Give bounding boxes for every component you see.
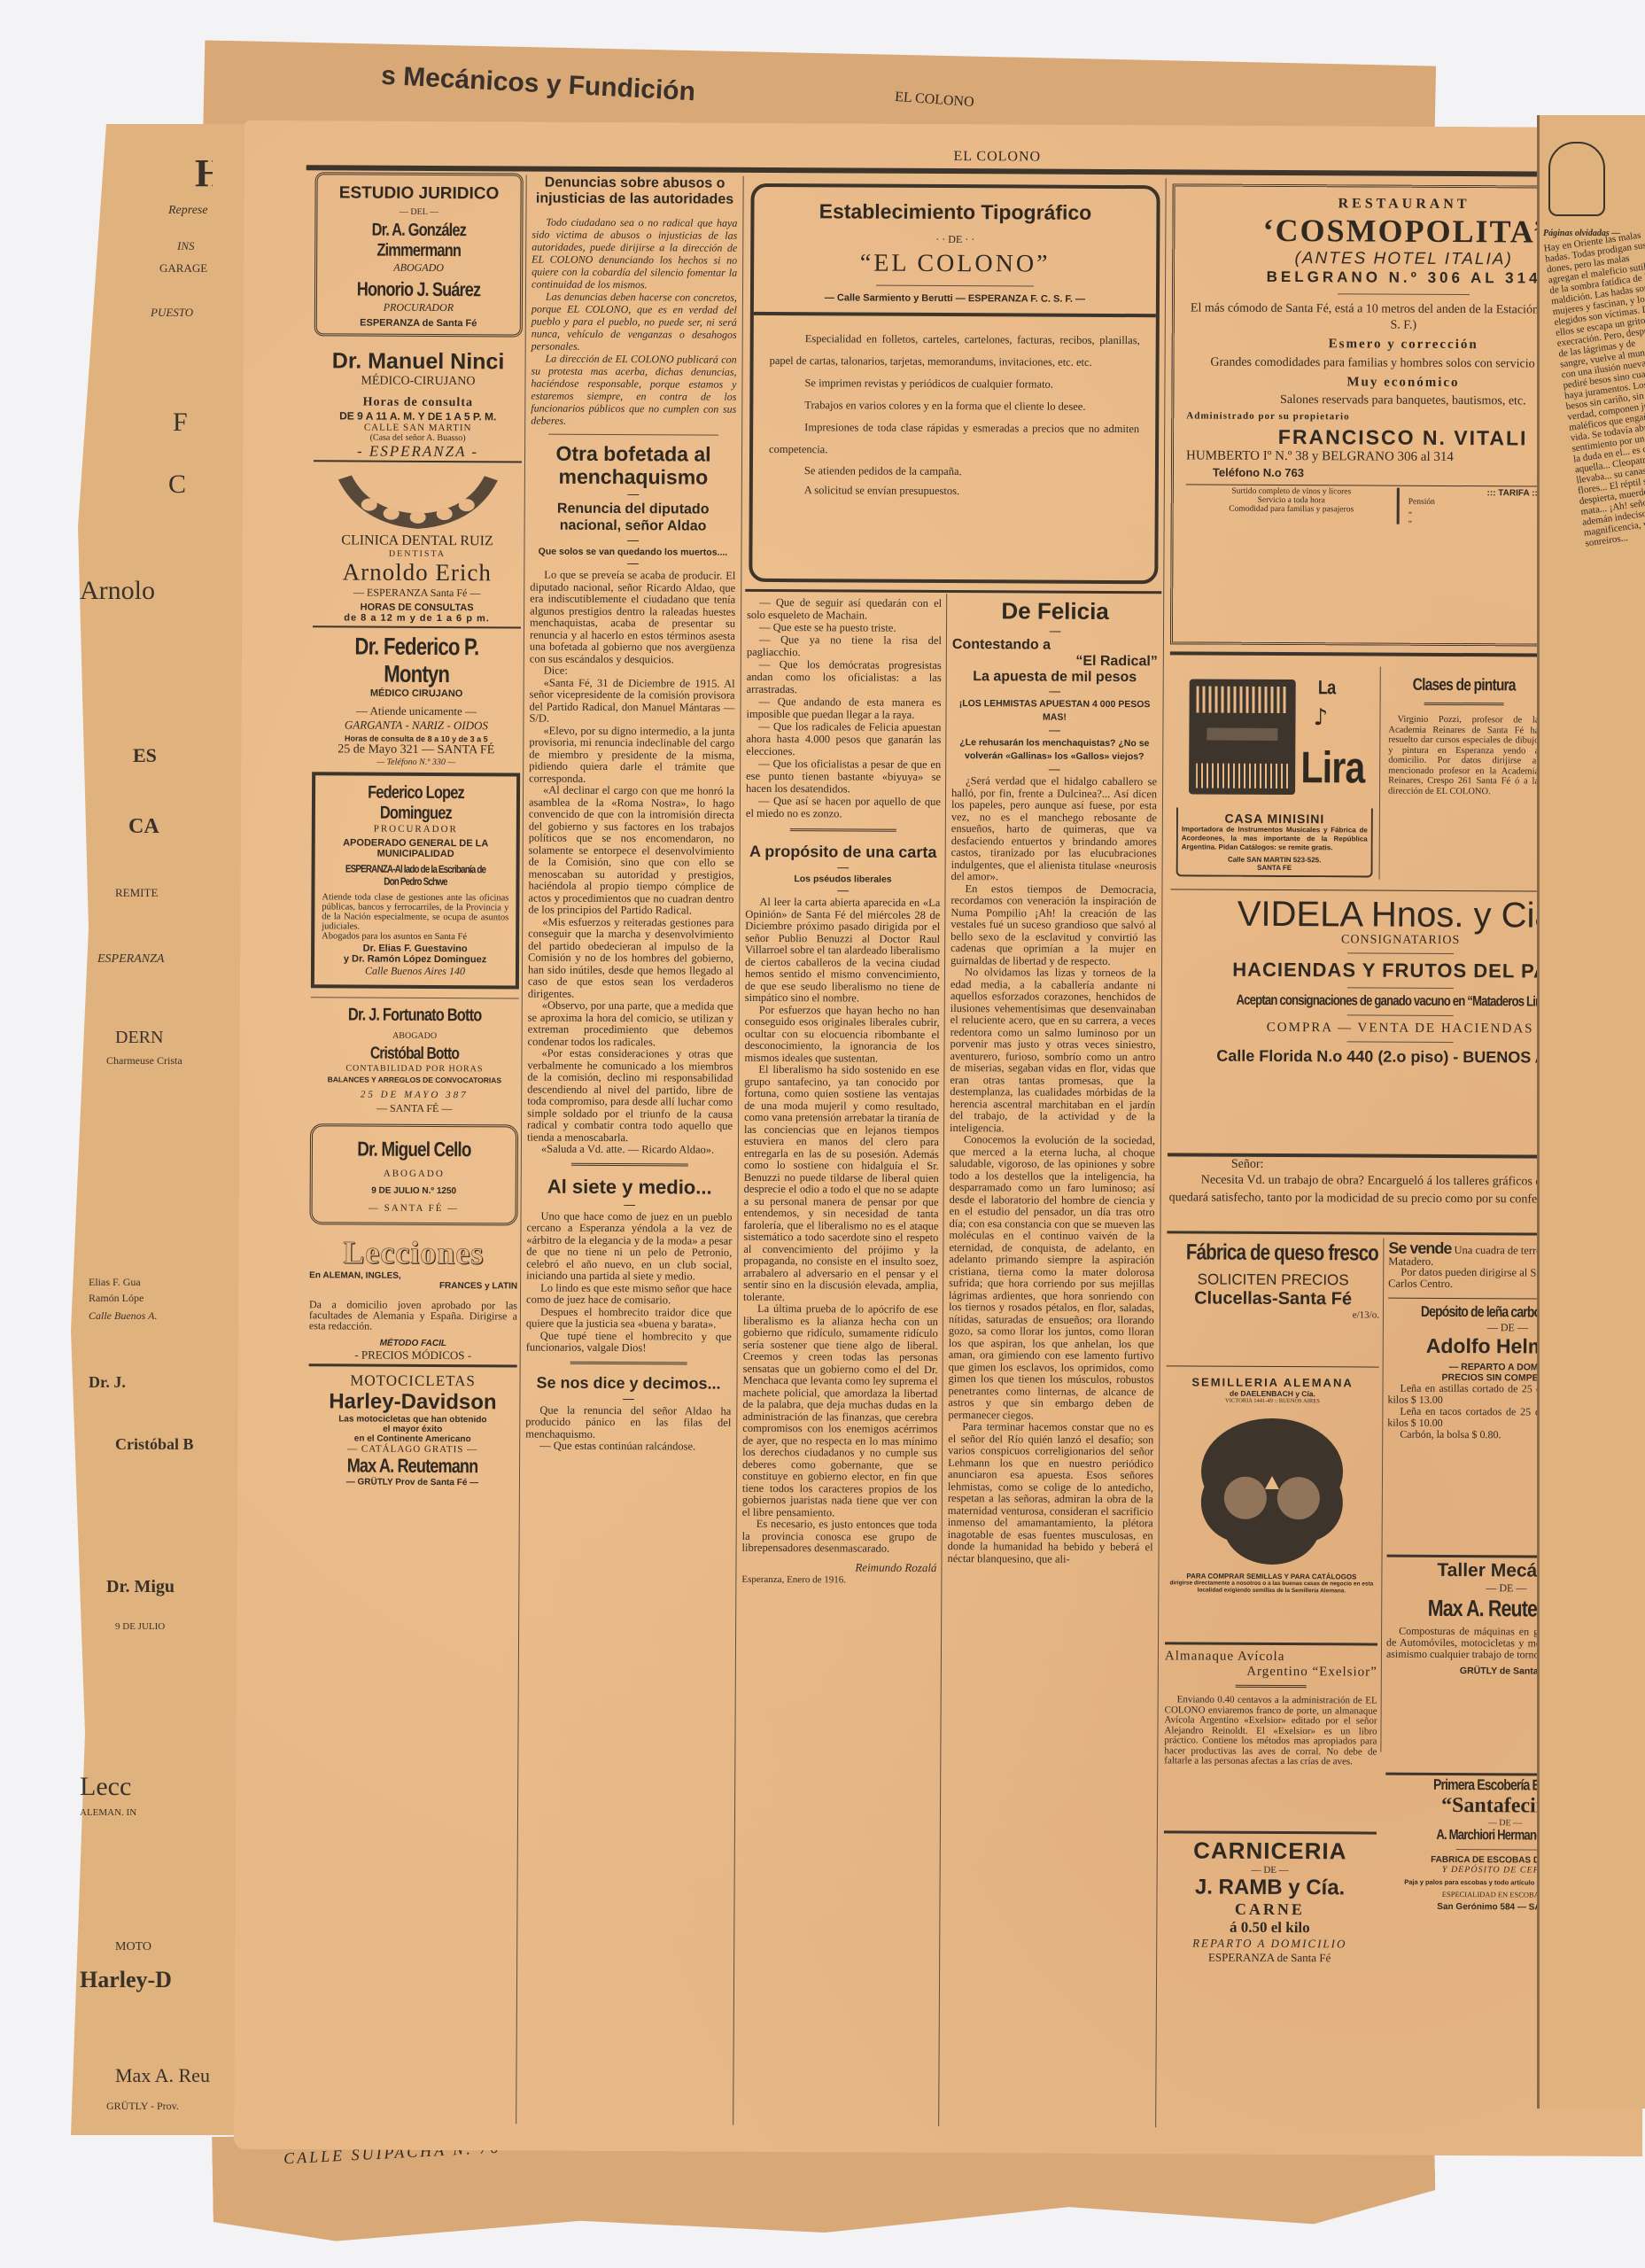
almanaque-title2: Argentino “Exelsior” <box>1165 1664 1377 1680</box>
ninci-role: MÉDICO-CIRUJANO <box>314 374 522 389</box>
siete-p3: Despues el hombrecito traidor dice que q… <box>526 1306 732 1331</box>
estudio-lawyer: Dr. A. González Zimmermann <box>338 220 499 261</box>
list-item: — Que los demócratas progresistas andan … <box>747 658 942 696</box>
tipografico-de: · · DE · · <box>770 232 1140 247</box>
left-edge-fragments: H Represe INS GARAGE PUESTO F C Arnolo E… <box>80 142 213 2126</box>
estudio-del: — DEL — <box>321 206 516 217</box>
carniceria-title: CARNICERIA <box>1164 1837 1377 1865</box>
montyn-name: Dr. Federico P. Montyn <box>331 633 502 688</box>
carta-p4: La última prueba de lo apócrifo de ese l… <box>742 1303 938 1519</box>
montyn-phone: — Teléfono N.º 330 — <box>312 757 520 767</box>
semilleria-title: SEMILLERIA ALEMANA <box>1167 1375 1379 1389</box>
almanaque-title1: Almanaque Avícola <box>1165 1649 1377 1665</box>
ad-cello: Dr. Miguel Cello ABOGADO 9 DE JULIO N.º … <box>309 1123 518 1225</box>
montyn-specialty: GARGANTA - NARIZ - OIDOS <box>312 718 520 733</box>
montyn-role: MÉDICO CIRUJANO <box>313 687 521 699</box>
separator <box>570 1361 687 1367</box>
list-item: — Que ya no tiene la risa del pagliacchi… <box>747 633 942 659</box>
separator <box>1165 1642 1377 1645</box>
right-next-page: Páginas olvidadas — Hay en Oriente las m… <box>1537 115 1645 2109</box>
carta-signature: Reimundo Rozalá <box>741 1559 936 1574</box>
lira-brand: Lira <box>1300 742 1352 793</box>
felicia-p1: ¿Será verdad que el hidalgo caballero se… <box>951 775 1158 884</box>
col2: Denuncias sobre abusos o injusticias de … <box>525 175 738 1454</box>
lira-body: Importadora de Instrumentos Musicales y … <box>1182 825 1368 852</box>
list-item: — Que este se ha puesto triste. <box>747 621 942 634</box>
cello-role: ABOGADO <box>320 1168 508 1179</box>
ad-almanaque-avicola: Almanaque Avícola Argentino “Exelsior” E… <box>1164 1649 1377 1767</box>
harley-kicker: MOTOCICLETAS <box>309 1371 517 1390</box>
carta-p3: El liberalismo ha sido sostenido en ese … <box>743 1064 939 1304</box>
col1: ESTUDIO JURIDICO — DEL — Dr. A. González… <box>308 172 524 1487</box>
pintura-body: Virginio Pozzi, profesor de la Academia … <box>1388 715 1539 797</box>
accordion-illustration <box>1189 679 1296 795</box>
ad-la-lira: La ♪ Lira CASA MINISINI Importadora de I… <box>1171 661 1371 883</box>
harley-place: — GRÜTLY Prov de Santa Fé — <box>308 1477 516 1487</box>
queso-line1: SOLICITEN PRECIOS <box>1167 1270 1379 1289</box>
botto-role: ABOGADO <box>311 1030 519 1041</box>
tipografico-address: — Calle Sarmiento y Berutti — ESPERANZA … <box>770 292 1140 305</box>
carniceria-product: CARNE <box>1163 1899 1376 1919</box>
queso-line2: Clucellas-Santa Fé <box>1167 1288 1379 1309</box>
felicia-headline: De Felicia <box>952 597 1158 625</box>
carta-p1: Al leer la carta abierta aparecida en «L… <box>745 897 941 1006</box>
siete-p1: Uno que hace como de juez en un pueblo c… <box>526 1210 732 1283</box>
cosmopolita-phone: Teléfono N.o 763 <box>1213 466 1304 480</box>
felicia-p2: En estos tiempos de Democracia, recordam… <box>951 883 1156 968</box>
bofetada-p3: «Santa Fé, 31 de Diciembre de 1915. Al s… <box>529 677 734 726</box>
ad-semilleria-alemana: SEMILLERIA ALEMANA de DAELENBACH y Cía. … <box>1165 1365 1378 1595</box>
list-item: — Que los oficialistas a pesar de que en… <box>746 757 941 796</box>
list-item: — Que los radicales de Felicia apuestan … <box>746 720 941 758</box>
ad-clases-pintura: Clases de pintura Virginio Pozzi, profes… <box>1388 676 1540 797</box>
ad-harley-davidson: MOTOCICLETAS Harley-Davidson Las motocic… <box>308 1371 517 1487</box>
felicia-p5: Para terminar hacemos constar que no es … <box>947 1421 1153 1565</box>
tipografico-p2: Se imprimen revistas y periódicos de cua… <box>769 372 1139 396</box>
lopez-lawyer1: Dr. Elias F. Guestavino <box>322 943 508 954</box>
bofetada-p7: «Observo, por una parte, que a medida qu… <box>528 1000 733 1049</box>
tipografico-title: Establecimiento Tipográfico <box>770 199 1140 225</box>
tipografico-name: “EL COLONO” <box>770 249 1140 279</box>
separator <box>1164 1830 1377 1834</box>
bofetada-p1: Lo que se preveía se acaba de producir. … <box>530 570 736 666</box>
separator <box>548 434 718 436</box>
dental-hours: de 8 a 12 m y de 1 a 6 p m. <box>313 612 521 628</box>
ad-lopez-dominguez: Federico Lopez Dominguez PROCURADOR APOD… <box>311 772 520 989</box>
tipografico-p5: Se atienden pedidos de la campaña. <box>769 461 1139 482</box>
lopez-role: PROCURADOR <box>322 823 509 835</box>
tipografico-p3: Trabajos en varios colores y en la forma… <box>769 394 1139 418</box>
list-item: — Que de seguir así quedarán con el solo… <box>747 596 942 622</box>
page-masthead: EL COLONO <box>865 149 1130 167</box>
ad-carniceria: CARNICERIA — DE — J. RAMB y Cía. CARNE á… <box>1163 1837 1377 1965</box>
lecciones-body: Da a domicilio joven aprobado por las fa… <box>309 1299 517 1332</box>
article-siete-y-medio: Al siete y medio... — Uno que hace como … <box>526 1175 733 1355</box>
carta-p5: Es necesario, es justo entonces que toda… <box>742 1518 937 1556</box>
lopez-name: Federico Lopez Dominguez <box>339 782 493 824</box>
carniceria-name: J. RAMB y Cía. <box>1164 1875 1377 1900</box>
newspaper-page: EL COLONO ESTUDIO JURIDICO — DEL — Dr. A… <box>234 120 1645 2156</box>
siete-p2: Lo lindo es que este mismo señor que hac… <box>526 1282 732 1307</box>
bofetada-p8: «Por estas consideraciones y otras que v… <box>527 1048 733 1145</box>
harley-dealer: Max A. Reutemann <box>327 1454 498 1478</box>
lopez-location: ESPERANZA-Al lado de la Escribanía de Do… <box>338 862 492 888</box>
felicia-sub3: La apuesta de mil pesos <box>952 669 1158 686</box>
estudio-title: ESTUDIO JURIDICO <box>322 183 517 204</box>
separator <box>571 1162 688 1169</box>
cello-name: Dr. Miguel Cello <box>337 1137 492 1161</box>
felicia-p3: No olvidamos las lizas y torneos de la e… <box>950 967 1156 1135</box>
teeth-icon <box>333 470 501 533</box>
lopez-body: Atiende toda clase de gestiones ante las… <box>322 892 508 932</box>
list-item: — Que así se hacen por aquello de que el… <box>746 795 941 820</box>
felicia-kicker2: ¿Le rehusarán los menchaquistas? ¿No se … <box>951 736 1157 764</box>
siete-p4: Que tupé tiene el hombrecito y que funci… <box>526 1330 732 1355</box>
cello-city: — SANTA FÉ — <box>320 1202 508 1214</box>
carta-p2: Por esfuerzos que hayan hecho no han con… <box>744 1004 939 1065</box>
lira-brand-top: La <box>1305 676 1348 699</box>
cello-address: 9 DE JULIO N.º 1250 <box>320 1185 508 1196</box>
ad-dental: CLINICA DENTAL RUIZ DENTISTA Arnoldo Eri… <box>313 532 522 628</box>
col4: De Felicia — Contestando a “El Radical” … <box>947 597 1158 1565</box>
bofetada-p9: «Saluda a Vd. atte. — Ricardo Aldao». <box>527 1144 733 1157</box>
carniceria-delivery: REPARTO A DOMICILIO <box>1163 1936 1376 1951</box>
carta-headline: A propósito de una carta <box>746 843 941 862</box>
semilleria-body: dirigirse directamente a nosotros o a la… <box>1165 1580 1377 1595</box>
lecciones-title: Lecciones <box>309 1233 517 1271</box>
lecciones-prices: - PRECIOS MÓDICOS - <box>309 1348 517 1367</box>
felicia-sub2: “El Radical” <box>952 653 1158 670</box>
woman-portrait-illustration <box>1548 142 1605 216</box>
denuncias-p2: Las denuncias deben hacerse con concreto… <box>532 291 737 353</box>
bofetada-p4: «Elevo, por su digno intermedio, a la ju… <box>529 725 734 786</box>
dental-clinic: CLINICA DENTAL RUIZ <box>313 532 521 549</box>
felicia-p4: Conocemos la evolución de la sociedad, q… <box>948 1134 1155 1422</box>
lira-city: SANTA FE <box>1182 863 1368 872</box>
senos-p2: — Que estas continúan ralcándose. <box>525 1441 731 1454</box>
denuncias-p3: La dirección de EL COLONO publicará con … <box>531 353 736 428</box>
queso-code: e/13/o. <box>1167 1309 1379 1320</box>
botto-service2: BALANCES Y ARREGLOS DE CONVOCATORIAS <box>310 1075 518 1084</box>
ad-botto: Dr. J. Fortunato Botto ABOGADO Cristóbal… <box>310 997 519 1115</box>
ninci-hours-label: Horas de consulta <box>314 395 522 410</box>
bofetada-headline: Otra bofetada al menchaquismo <box>531 442 736 489</box>
senos-headline: Se nos dice y decimos... <box>525 1373 731 1393</box>
carniceria-price: á 0.50 el kilo <box>1163 1918 1376 1937</box>
ad-estudio-juridico: ESTUDIO JURIDICO — DEL — Dr. A. González… <box>314 172 524 337</box>
separator <box>745 589 1161 594</box>
right-edge-body: Hay en Oriente las malas hadas. Todas pr… <box>1543 229 1645 548</box>
lyre-icon: ♪ <box>1313 704 1328 731</box>
felicia-sub1: Contestando a <box>952 637 1158 654</box>
bofetada-subhead: Renuncia del diputado nacional, señor Al… <box>531 501 736 535</box>
botto-name: Dr. J. Fortunato Botto <box>330 1005 500 1026</box>
queso-title: Fábrica de queso fresco <box>1186 1239 1361 1266</box>
estudio-place: ESPERANZA de Santa Fé <box>321 317 516 329</box>
botto-service: CONTABILIDAD POR HORAS <box>310 1063 518 1074</box>
ad-fabrica-queso: Fábrica de queso fresco SOLICITEN PRECIO… <box>1167 1239 1379 1320</box>
article-de-felicia: De Felicia — Contestando a “El Radical” … <box>947 597 1158 1565</box>
ad-establecimiento-tipografico: Establecimiento Tipográfico · · DE · · “… <box>749 183 1160 584</box>
tipografico-p1: Especialidad en folletos, carteles, cart… <box>770 328 1140 374</box>
article-denuncias: Denuncias sobre abusos o injusticias de … <box>531 175 737 428</box>
dental-place: — ESPERANZA Santa Fé — <box>313 586 521 600</box>
botto-city: — SANTA FÉ — <box>310 1101 518 1115</box>
bofetada-p6: «Mis esfuerzos y reiteradas gestiones pa… <box>528 916 733 1001</box>
almanaque-body: Enviando 0.40 centavos a la administraci… <box>1164 1695 1377 1767</box>
lopez-address: Calle Buenos Aires 140 <box>322 964 508 978</box>
article-proposito-carta: A propósito de una carta — Los pséudos l… <box>741 843 940 1586</box>
col3: — Que de seguir así quedarán con el solo… <box>741 596 942 1586</box>
semilleria-address: VICTORIA 1441-49 :: BUENOS AIRES <box>1166 1397 1378 1404</box>
videla-line2: Aceptan consignaciones de ganado vacuno … <box>1212 993 1589 1011</box>
separator <box>790 828 896 835</box>
tipografico-p4: Impresiones de toda clase rápidas y esme… <box>769 416 1139 462</box>
ad-ninci: Dr. Manuel Ninci MÉDICO-CIRUJANO Horas d… <box>314 348 523 462</box>
estudio-procurador-role: PROCURADOR <box>321 300 516 315</box>
list-que: — Que de seguir así quedarán con el solo… <box>746 596 942 820</box>
lopez-abogados: Abogados para los asuntos en Santa Fé <box>322 931 508 942</box>
harley-line1: Las motocicletas que han obtenido <box>308 1414 516 1425</box>
bofetada-p5: «Al declinar el cargo con que me honró l… <box>528 785 734 918</box>
article-se-nos-dice: Se nos dice y decimos... — Que la renunc… <box>525 1373 731 1453</box>
lecciones-langs1: En ALEMAN, INGLES, <box>309 1270 517 1281</box>
felicia-kicker1: ¡LOS LEHMISTAS APUESTAN 4 000 PESOS MAS! <box>951 697 1157 725</box>
ninci-town: - ESPERANZA - <box>314 442 522 462</box>
ninci-hours: DE 9 A 11 A. M. Y DE 1 A 5 P. M. <box>314 409 522 423</box>
article-bofetada: Otra bofetada al menchaquismo — Renuncia… <box>527 442 736 1157</box>
siete-headline: Al siete y medio... <box>527 1175 733 1199</box>
carniceria-place: ESPERANZA de Santa Fé <box>1163 1950 1376 1965</box>
tipografico-p6: A solicitud se envían presupuestos. <box>769 480 1139 501</box>
lira-store: CASA MINISINI <box>1182 811 1368 826</box>
botto-name2: Cristóbal Botto <box>330 1044 500 1064</box>
montyn-address: 25 de Mayo 321 — SANTA FÉ <box>312 742 520 757</box>
denuncias-p1: Todo ciudadano sea o no radical que haya… <box>532 216 737 291</box>
senos-p1: Que la renuncia del señor Aldao ha produ… <box>525 1404 731 1441</box>
ad-montyn: Dr. Federico P. Montyn MÉDICO CIRUJANO —… <box>312 633 521 767</box>
montyn-atiende: — Atiende unicamente — <box>312 703 520 718</box>
botto-address: 25 DE MAYO 387 <box>310 1089 518 1100</box>
pintura-title: Clases de pintura <box>1402 676 1526 696</box>
cosmopolita-services: Surtido completo de vinos y licores Serv… <box>1186 486 1400 524</box>
lecciones-langs2: FRANCES y LATIN <box>309 1280 517 1291</box>
dental-name: Arnoldo Erich <box>313 558 521 586</box>
lopez-lawyer2: y Dr. Ramón López Dominguez <box>322 953 508 965</box>
dental-teeth-illustration <box>333 470 501 533</box>
harley-brand: Harley-Davidson <box>308 1389 516 1415</box>
pansy-flower-icon <box>1191 1409 1352 1569</box>
denuncias-headline: Denuncias sobre abusos o injusticias de … <box>532 175 737 208</box>
estudio-procurador: Honorio J. Suárez <box>338 277 499 301</box>
list-item: — Que andando de esta manera es imposibl… <box>746 695 941 721</box>
carta-dateline: Esperanza, Enero de 1916. <box>741 1573 936 1585</box>
estudio-lawyer-role: ABOGADO <box>321 260 516 275</box>
ad-lecciones: Lecciones En ALEMAN, INGLES, FRANCES y L… <box>309 1233 518 1367</box>
ninci-name: Dr. Manuel Ninci <box>314 348 523 375</box>
lopez-title: APODERADO GENERAL DE LA MUNICIPALIDAD <box>322 837 509 859</box>
